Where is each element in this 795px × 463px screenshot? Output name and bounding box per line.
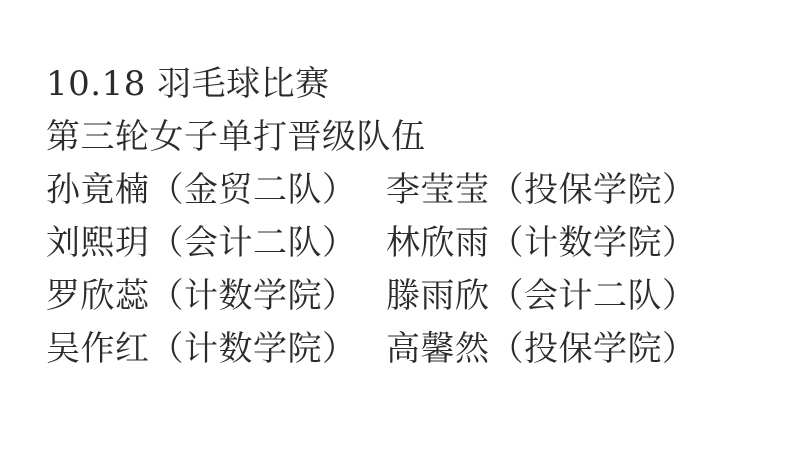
player-entry: 罗欣蕊（计数学院） [46, 270, 386, 323]
player-entry: 李莹莹（投保学院） [386, 164, 766, 217]
roster-row-4: 吴作红（计数学院） 高馨然（投保学院） [46, 323, 766, 376]
player-entry: 孙竟楠（金贸二队） [46, 164, 386, 217]
document-title: 10.18 羽毛球比赛 [46, 58, 766, 111]
player-entry: 滕雨欣（会计二队） [386, 270, 766, 323]
document-subtitle: 第三轮女子单打晋级队伍 [46, 111, 766, 164]
player-entry: 吴作红（计数学院） [46, 323, 386, 376]
notice-document: 10.18 羽毛球比赛 第三轮女子单打晋级队伍 孙竟楠（金贸二队） 李莹莹（投保… [46, 58, 766, 376]
roster-row-2: 刘熙玥（会计二队） 林欣雨（计数学院） [46, 217, 766, 270]
roster-row-1: 孙竟楠（金贸二队） 李莹莹（投保学院） [46, 164, 766, 217]
player-entry: 林欣雨（计数学院） [386, 217, 766, 270]
player-entry: 高馨然（投保学院） [386, 323, 766, 376]
player-entry: 刘熙玥（会计二队） [46, 217, 386, 270]
roster-row-3: 罗欣蕊（计数学院） 滕雨欣（会计二队） [46, 270, 766, 323]
